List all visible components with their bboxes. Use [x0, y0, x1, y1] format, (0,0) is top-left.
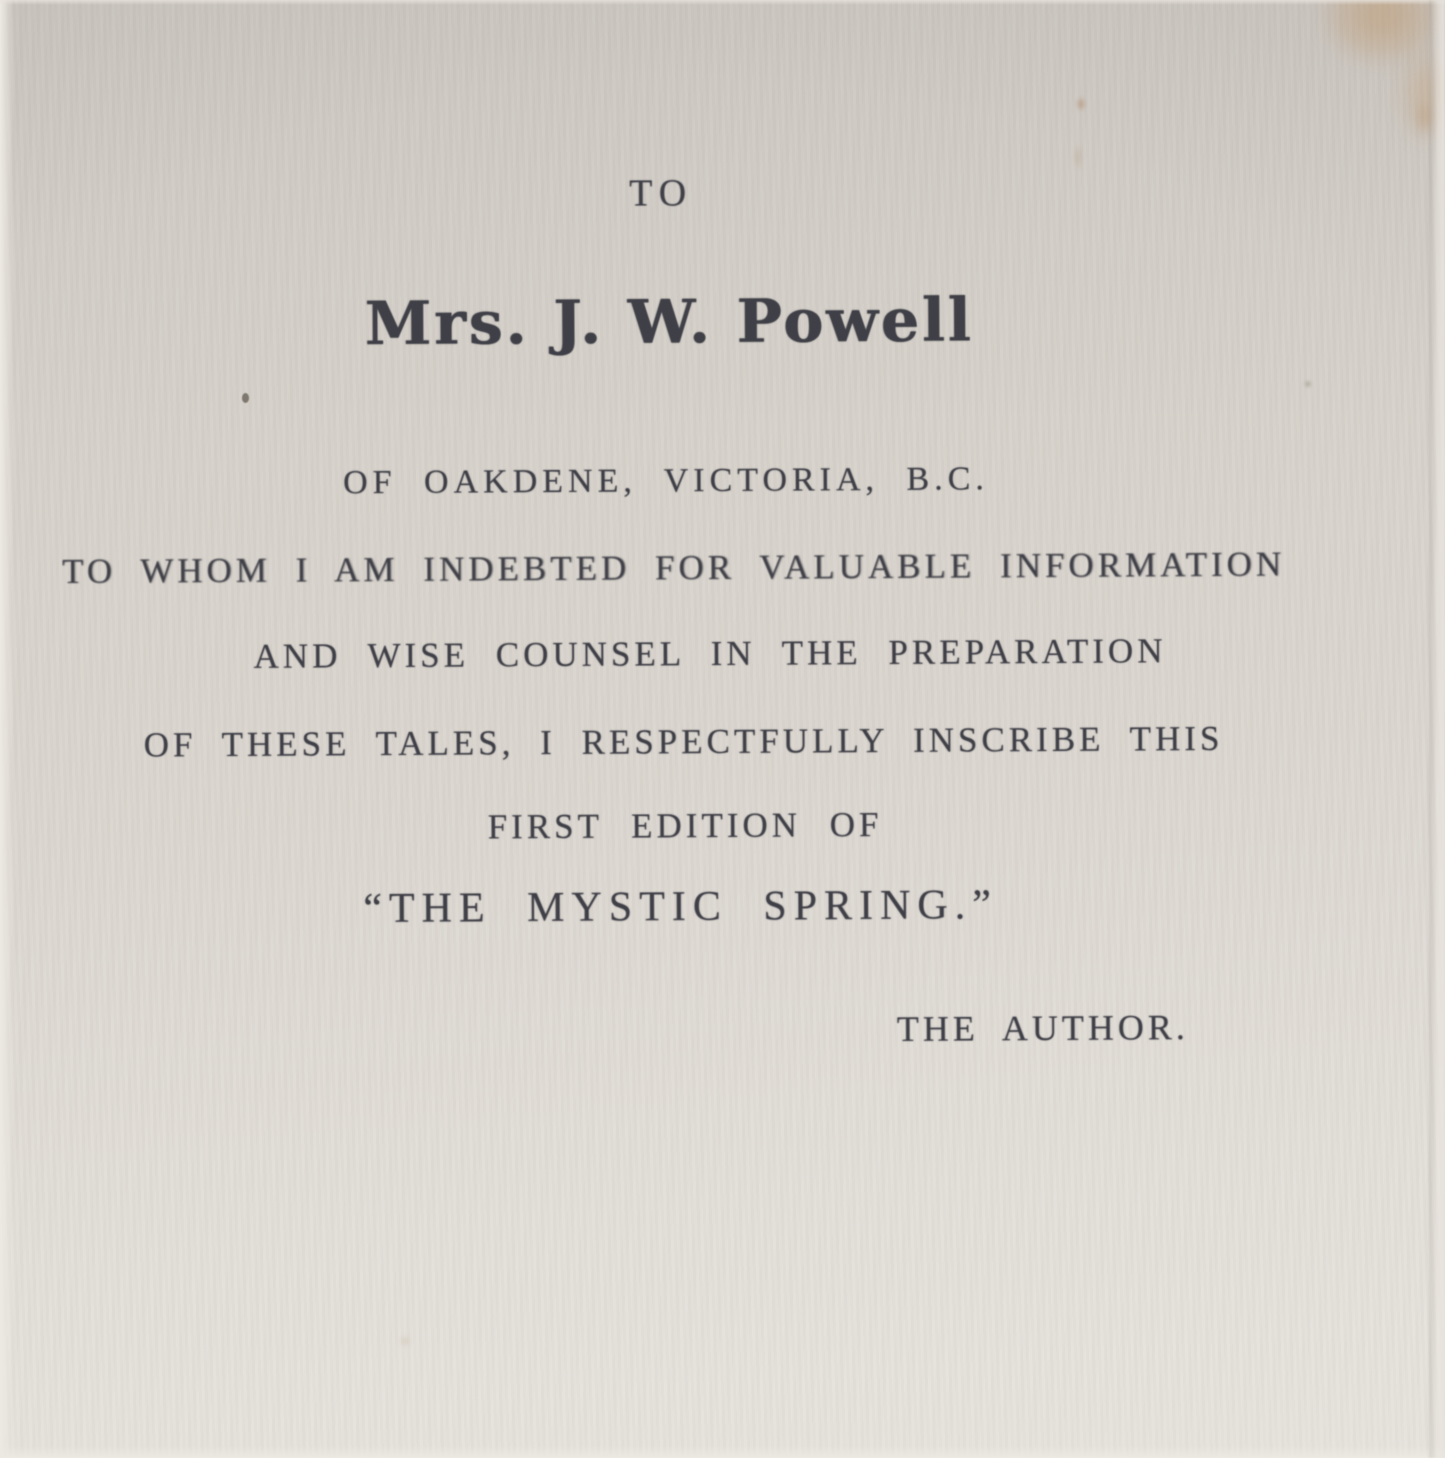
- photo-vignette: [0, 0, 1445, 1458]
- page-edge-top: [0, 0, 1445, 5]
- page-edge-left: [0, 0, 14, 1458]
- page-edge-bottom: [0, 1446, 1445, 1458]
- page-edge-right: [1429, 0, 1445, 1458]
- book-page-photo: TO Mrs. J. W. Powell OF OAKDENE, VICTORI…: [0, 0, 1445, 1458]
